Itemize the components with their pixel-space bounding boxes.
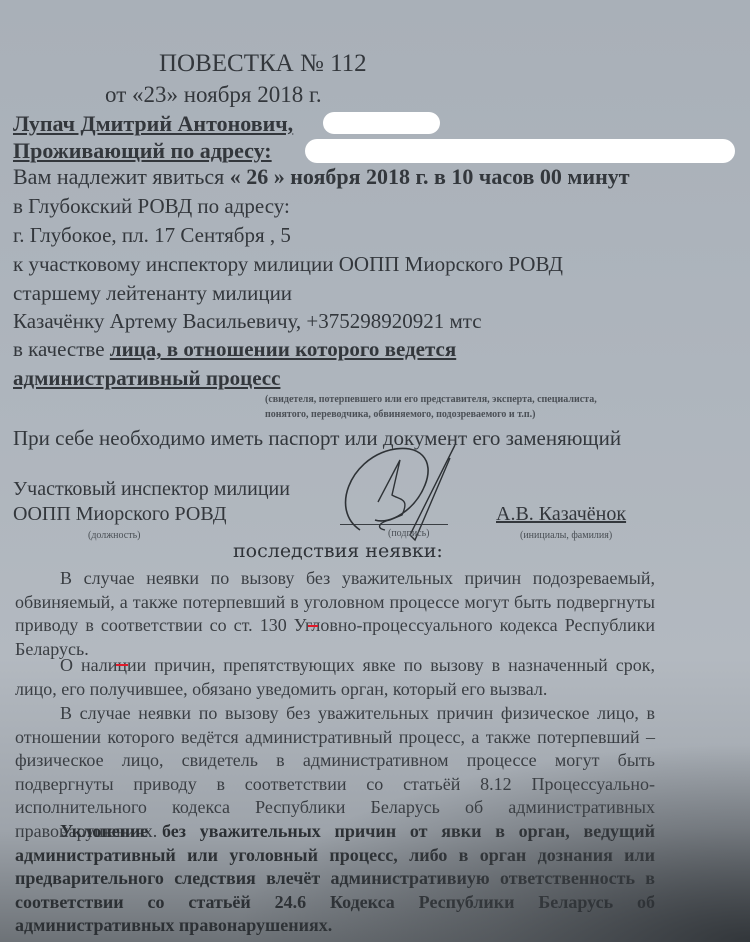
signer-position-1: Участковый инспектор милиции [13,478,290,501]
redaction-block [323,112,440,134]
capacity-note-1: (свидетеля, потерпевшего или его предста… [265,394,597,405]
document-title: ПОВЕСТКА № 112 [159,50,367,78]
place-address: г. Глубокое, пл. 17 Сентября , 5 [13,223,291,248]
capacity-line: в качестве лица, в отношении которого ве… [13,337,456,362]
summons-line: Вам надлежит явиться « 26 » ноября 2018 … [13,164,630,190]
signer-position-2: ООПП Миорского РОВД [13,503,227,526]
officer-name-phone: Казачёнку Артему Васильевичу, +375298920… [13,309,482,334]
capacity-prefix: в качестве [13,337,110,361]
signature-caption: (подпись) [388,528,430,539]
red-annotation-mark [308,625,318,627]
paragraph-text: В случае неявки по вызову без уважительн… [15,567,655,661]
capacity-note-2: понятого, переводчика, обвиняемого, подо… [265,409,535,420]
consequence-paragraph-2: О налиции причин, препятствующих явке по… [15,654,655,701]
recipient-name: Лупач Дмитрий Антонович, [13,111,293,137]
redaction-block [305,139,735,163]
consequence-paragraph-1: В случае неявки по вызову без уважительн… [15,567,655,661]
document-date: от «23» ноября 2018 г. [105,82,322,108]
officer-unit: к участковому инспектору милиции ООПП Ми… [13,252,563,277]
name-caption: (инициалы, фамилия) [520,530,612,541]
place-line: в Глубокский РОВД по адресу: [13,194,290,219]
signer-name: А.В. Казачёнок [496,503,626,526]
address-label: Проживающий по адресу: [13,138,272,164]
summons-datetime: « 26 » ноября 2018 г. в 10 часов 00 мину… [230,164,630,189]
consequence-paragraph-4: Уклонение без уважительных причин от явк… [15,820,655,938]
consequences-heading: последствия неявки: [233,540,443,562]
paragraph-text: О налиции причин, препятствующих явке по… [15,654,655,701]
capacity-value-1: лица, в отношении которого ведется [110,337,456,361]
officer-rank: старшему лейтенанту милиции [13,281,292,306]
paragraph-text: Уклонение без уважительных причин от явк… [15,820,655,938]
position-caption: (должность) [88,530,141,541]
summons-prefix: Вам надлежит явиться [13,164,230,189]
capacity-value-2: административный процесс [13,366,280,391]
red-annotation-mark [116,664,128,666]
